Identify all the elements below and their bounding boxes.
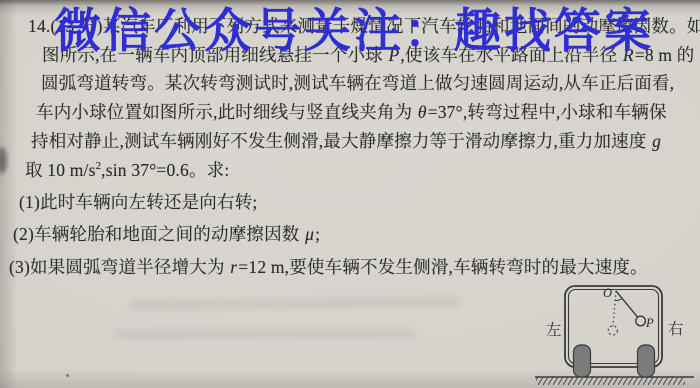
problem-line: 取 10 m/s2,sin 37°=0.6。求: — [25, 157, 229, 182]
watermark-overlay: 微信公众号关注：趣找答案 — [54, 5, 654, 58]
text-segment: 车内小球位置如图所示,此时细线与竖直线夹角为 — [36, 102, 417, 122]
figure-svg: O P 左 右 — [528, 281, 700, 388]
text-segment: 取 10 m/s — [25, 160, 96, 180]
problem-line: 持相对静止,测试车辆刚好不发生侧滑,最大静摩擦力等于滑动摩擦力,重力加速度 g — [31, 128, 662, 153]
plumb-dotted-line — [613, 291, 616, 326]
wheel-left — [574, 345, 591, 377]
edge-smudge — [0, 147, 7, 174]
bleedthrough-mark — [115, 329, 415, 339]
phantom-ball — [608, 326, 617, 335]
bleedthrough-mark — [130, 296, 460, 310]
math-variable: θ — [417, 102, 428, 122]
problem-line: 圆弧弯道转弯。某次转弯测试时,测试车辆在弯道上做匀速圆周运动,从车正后面看, — [41, 70, 674, 95]
paper-speck — [66, 374, 69, 377]
text-segment: (1)此时车辆向左转还是向右转; — [19, 192, 257, 212]
text-segment: =12 m,要使车辆不发生侧滑,车辆转弯时的最大速度。 — [238, 257, 648, 277]
text-segment: =37°,转弯过程中,小球和车辆保 — [428, 102, 667, 122]
ball-label: P — [645, 316, 654, 330]
ground-hatch — [536, 378, 685, 386]
text-segment: 持相对静止,测试车辆刚好不发生侧滑,最大静摩擦力等于滑动摩擦力,重力加速度 — [31, 131, 651, 151]
problem-line: (3)如果圆弧弯道半径增大为 r=12 m,要使车辆不发生侧滑,车辆转弯时的最大… — [9, 254, 648, 279]
pendulum-string — [616, 291, 640, 320]
text-segment: (2)车辆轮胎和地面之间的动摩擦因数 — [13, 224, 304, 244]
text-segment: ,sin 37°=0.6。求: — [101, 160, 229, 180]
text-segment: 圆弧弯道转弯。某次转弯测试时,测试车辆在弯道上做匀速圆周运动,从车正后面看, — [41, 73, 674, 93]
right-side-label: 右 — [668, 320, 684, 338]
math-variable: μ — [304, 224, 315, 244]
left-side-label: 左 — [546, 321, 562, 339]
problem-line: (2)车辆轮胎和地面之间的动摩擦因数 μ; — [13, 221, 320, 246]
problem-line: (1)此时车辆向左转还是向右转; — [19, 189, 257, 214]
math-variable: g — [651, 131, 662, 151]
problem-line: 车内小球位置如图所示,此时细线与竖直线夹角为 θ=37°,转弯过程中,小球和车辆… — [36, 99, 667, 124]
angle-arc — [615, 298, 622, 300]
math-variable: r — [229, 257, 238, 277]
figure-car-rear-view: O P 左 右 — [528, 281, 700, 388]
wheel-right — [638, 345, 655, 377]
text-segment: ; — [315, 224, 320, 244]
text-segment: (3)如果圆弧弯道半径增大为 — [9, 257, 229, 277]
pivot-label: O — [603, 286, 612, 300]
pendulum-ball — [636, 316, 646, 326]
paper-page: 微信公众号关注：趣找答案 14.(13 分)某汽车厂利用下列方式来测量干燥情况下… — [0, 0, 700, 388]
